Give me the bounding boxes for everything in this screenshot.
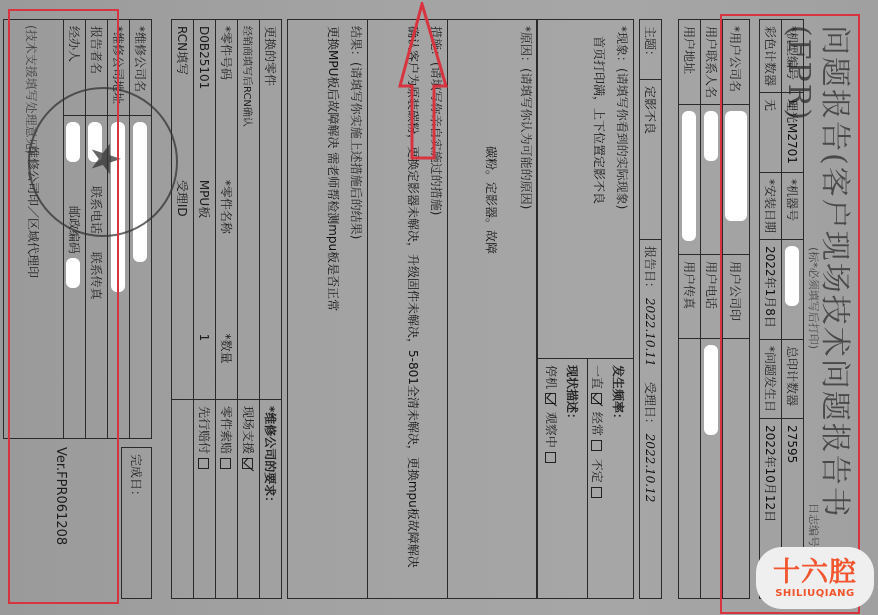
request-advance: 先行赔付 [194,400,216,599]
parts-section-label: 更换的零件 [260,20,282,400]
request-onsite-label: 现场支援 [241,406,255,454]
checkbox-onsite[interactable] [242,458,253,469]
part-name: MPU板 [196,180,213,330]
cause-cell: *原因：(请填写你认为可能的原因) 碳粉。定影器。故障 [448,20,538,599]
annotation-box-footer [8,9,119,604]
accept-date: 2022.10.12 [643,434,657,503]
label-frequency: 发生频率： [610,365,627,592]
label-report-date: 报告日： [643,246,657,294]
repair-request-cell: *维修公司的要求： [260,400,282,599]
subject-table: 主题： 定影不良 报告日： 2022.10.11 受理日： 2022.10.12 [639,19,662,599]
user-address [679,105,701,255]
col-qty: *数量 [219,334,233,364]
checkbox-observing[interactable] [545,452,556,463]
status-observing-label: 观察中 [544,412,558,448]
scanned-page: 问题报告(客户现场技术问题报告书(FPR) (标*必须填写后打印) 日志编号 *… [0,0,878,615]
result-cell: 结果：(请填写你实施上述措施后的结果) 更换MPU板后故障解决 需老师帮检测mp… [288,20,368,599]
phenomenon-cell: *现象：(请填写你看到的实际现象) 首页打印满，上下位置定影不良 [537,20,634,359]
label-user-address: 用户地址 [679,20,701,105]
watermark-cn: 十六腔 [773,558,857,588]
completion-table: 完成日： [121,447,152,599]
watermark-en: SHILIUQIANG [775,588,855,599]
subject-value: 定影不良 [640,80,662,240]
col-part-no: *零件号码 [218,26,235,176]
label-status: 现状描述： [564,365,581,592]
request-claim-label: 零件索赔 [219,406,233,454]
annotation-arrow-icon [398,2,458,162]
cause-value: 碳粉。定影器。故障 [483,146,500,592]
repair-request-table: 更换的零件 *维修公司的要求： 经销商填写后RCN确认 现场支援 *零件号码 *… [171,19,282,599]
label-completion-date: 完成日： [122,448,152,599]
checkbox-irregular[interactable] [591,487,602,498]
checkbox-stopped[interactable] [545,393,556,404]
frequency-status-cell: 发生频率： 一直 经常 不定 现状描述： 停机 观察中 [537,359,634,599]
phenomenon-value: 首页打印满，上下位置定影不良 [591,36,608,352]
annotation-box-header [720,14,860,614]
part-no: D0B25101 [197,26,211,176]
label-phenomenon: *现象：(请填写你看到的实际现象) [614,26,631,352]
result-value: 更换MPU板后故障解决 需老师帮检测mpu板是否正常 [325,26,342,592]
checkbox-claim[interactable] [220,458,231,469]
label-result: 结果：(请填写你实施上述措施后的结果) [348,26,365,592]
checkbox-always[interactable] [591,393,602,404]
request-claim: 零件索赔 [216,400,238,599]
parts-row: D0B25101 MPU板 1 [194,20,216,400]
parts-header: *零件号码 *零件名称 *数量 [216,20,238,400]
label-subject: 主题： [640,20,662,80]
watermark-logo: 十六腔 SHILIUQIANG [756,547,874,609]
parts-note: 经销商填写后RCN确认 [238,20,260,400]
label-repair-request: *维修公司的要求： [263,406,277,508]
rcn-row: RCN填写 受理ID [172,20,194,400]
part-qty: 1 [197,334,211,342]
request-advance-label: 先行赔付 [197,406,211,454]
label-cause: *原因：(请填写你认为可能的原因) [518,26,535,592]
freq-irregular-label: 不定 [590,459,604,483]
label-accept-date: 受理日： [643,382,657,430]
freq-often-label: 经常 [590,412,604,436]
report-date: 2022.10.11 [643,298,657,367]
label-accept-id: 受理ID [175,180,189,217]
col-part-name: *零件名称 [218,180,235,330]
checkbox-often[interactable] [591,440,602,451]
checkbox-advance[interactable] [198,458,209,469]
empty-cell [172,400,194,599]
status-stopped-label: 停机 [544,365,558,389]
freq-always-label: 一直 [590,365,604,389]
label-user-fax: 用户传真 [679,255,701,339]
user-fax [679,339,701,599]
cause-table: *原因：(请填写你认为可能的原因) 碳粉。定影器。故障 [447,19,538,599]
phenomenon-table: *现象：(请填写你看到的实际现象) 首页打印满，上下位置定影不良 发生频率： 一… [536,19,634,599]
request-onsite: 现场支援 [238,400,260,599]
report-dates: 报告日： 2022.10.11 受理日： 2022.10.12 [640,240,662,599]
